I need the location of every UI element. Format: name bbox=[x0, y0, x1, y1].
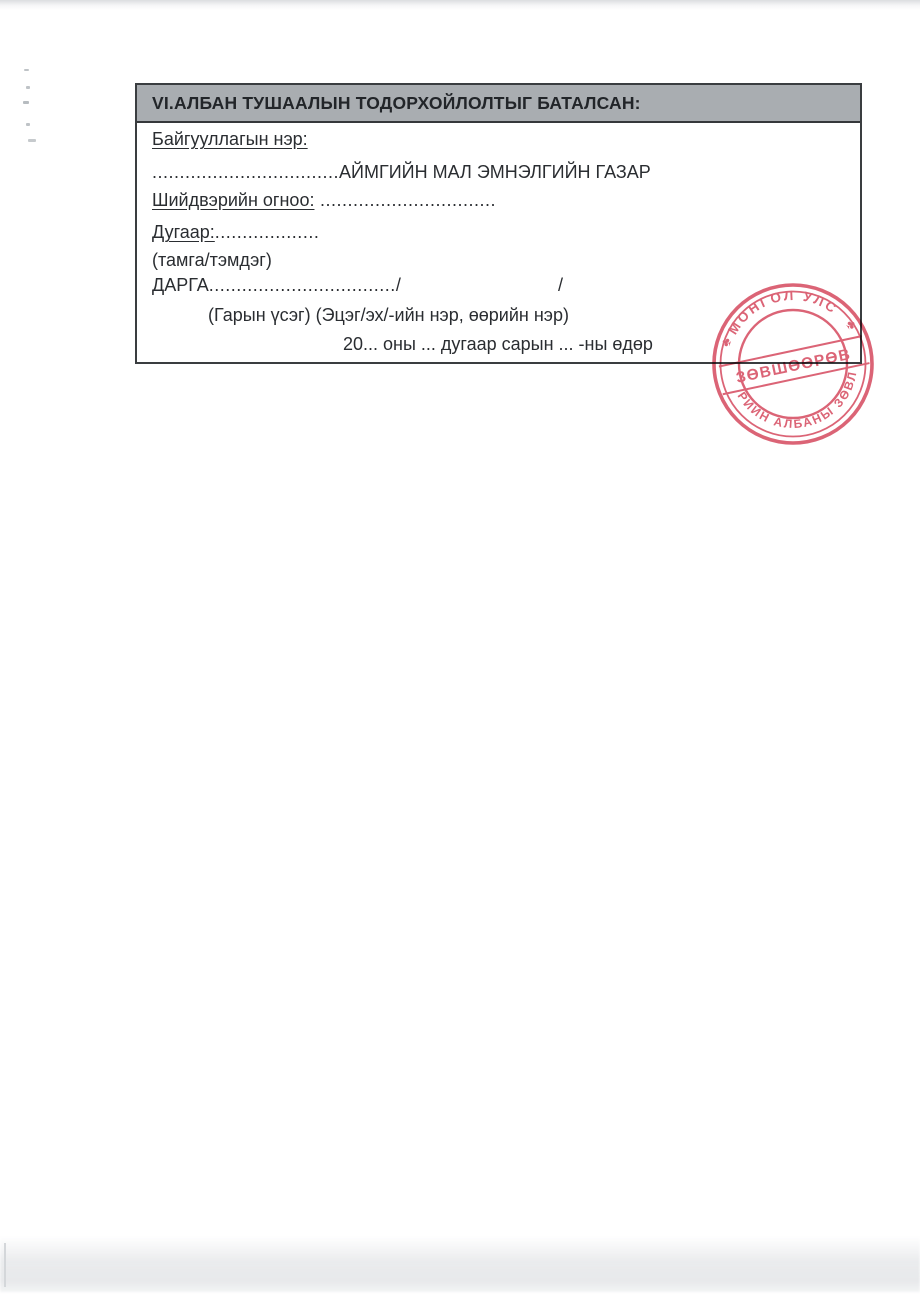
org-name-label: Байгууллагын нэр: bbox=[152, 129, 308, 149]
decision-date-dotted-blank: ................................ bbox=[314, 190, 496, 210]
document-page: VI.АЛБАН ТУШААЛЫН ТОДОРХОЙЛОЛТЫГ БАТАЛСА… bbox=[0, 0, 920, 1300]
scan-artifact-bottom bbox=[0, 1236, 920, 1292]
scan-artifact-mark bbox=[28, 139, 36, 142]
director-line: ДАРГА................................../… bbox=[152, 275, 401, 296]
signature-note: (Гарын үсэг) (Эцэг/эх/-ийн нэр, өөрийн н… bbox=[208, 305, 569, 325]
date-blank-line: 20... оны ... дугаар сарын ... -ны өдөр bbox=[343, 334, 653, 355]
org-name-label-line: Байгууллагын нэр: bbox=[152, 129, 308, 150]
signature-note-line: (Гарын үсэг) (Эцэг/эх/-ийн нэр, өөрийн н… bbox=[208, 305, 569, 326]
seal-note: (тамга/тэмдэг) bbox=[152, 250, 272, 270]
stamp-approved-text: ЗӨВШӨӨРӨВ bbox=[735, 346, 853, 387]
decision-date-line: Шийдвэрийн огноо: ......................… bbox=[152, 190, 496, 211]
director-label: ДАРГА bbox=[152, 275, 209, 295]
decision-date-label: Шийдвэрийн огноо: bbox=[152, 190, 314, 210]
seal-note-line: (тамга/тэмдэг) bbox=[152, 250, 272, 271]
section-header: VI.АЛБАН ТУШААЛЫН ТОДОРХОЙЛОЛТЫГ БАТАЛСА… bbox=[137, 85, 860, 123]
number-label: Дугаар: bbox=[152, 222, 215, 242]
approval-stamp: МОНГОЛ УЛС ТӨРИЙН АЛБАНЫ ЗӨВЛӨЛ ЗӨВШӨӨРӨ… bbox=[698, 269, 888, 459]
scan-artifact-mark bbox=[23, 101, 29, 104]
org-name-dotted-blank: .................................. bbox=[152, 162, 339, 182]
scan-artifact-mark bbox=[26, 86, 30, 89]
number-line: Дугаар:................... bbox=[152, 222, 319, 243]
scan-artifact-mark bbox=[26, 123, 30, 126]
org-name-value: АЙМГИЙН МАЛ ЭМНЭЛГИЙН ГАЗАР bbox=[339, 162, 651, 182]
director-slash-2: / bbox=[558, 275, 563, 296]
scan-artifact-line bbox=[4, 1243, 6, 1287]
director-dotted-blank: .................................. bbox=[209, 275, 396, 295]
number-dotted-blank: ................... bbox=[215, 222, 320, 242]
date-blank-text: 20... оны ... дугаар сарын ... -ны өдөр bbox=[343, 334, 653, 354]
section-title: VI.АЛБАН ТУШААЛЫН ТОДОРХОЙЛОЛТЫГ БАТАЛСА… bbox=[152, 93, 641, 114]
scan-artifact-mark bbox=[24, 69, 29, 71]
director-slash-1: / bbox=[396, 275, 401, 295]
org-name-line: ..................................АЙМГИЙ… bbox=[152, 162, 651, 183]
scan-artifact-top bbox=[0, 0, 920, 10]
stamp-content: МОНГОЛ УЛС ТӨРИЙН АЛБАНЫ ЗӨВЛӨЛ ЗӨВШӨӨРӨ… bbox=[704, 274, 881, 445]
